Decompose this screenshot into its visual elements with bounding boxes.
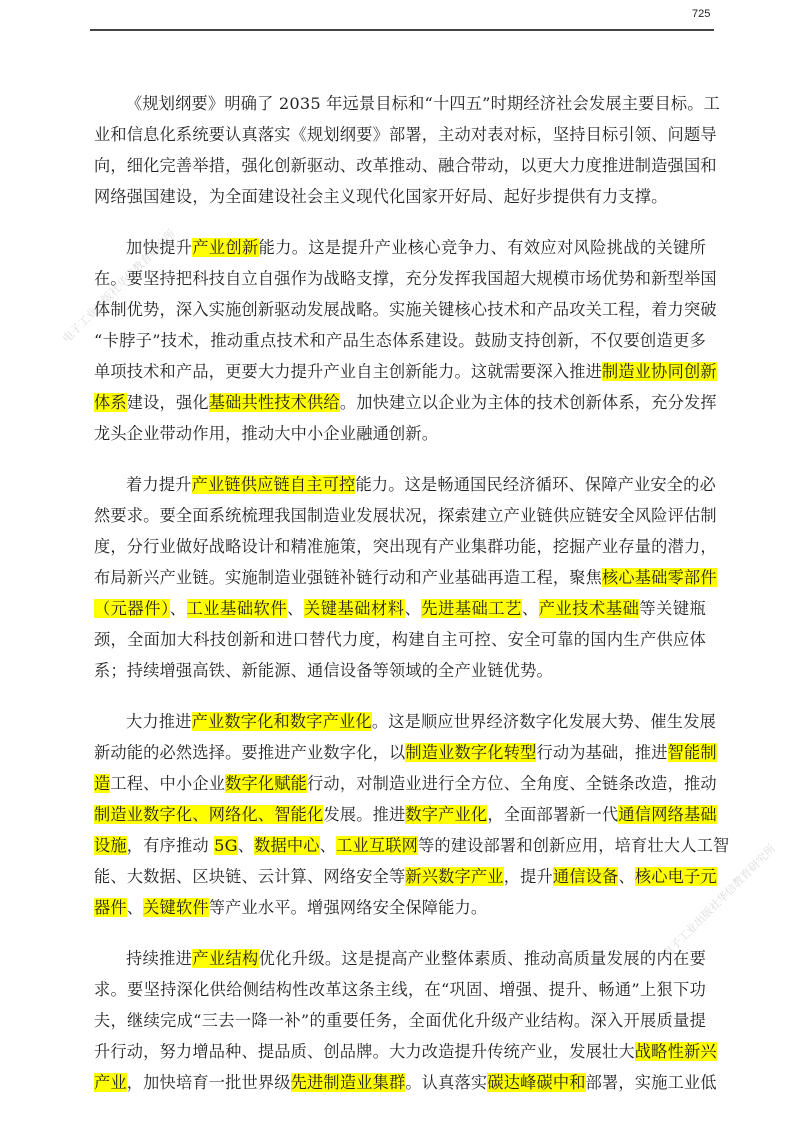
highlighted-term: 器件 bbox=[94, 898, 127, 917]
text-line: 制造业数字化、网络化、智能化发展。推进数字产业化，全面部署新一代通信网络基础 bbox=[94, 799, 706, 830]
text-run: 。认真落实 bbox=[405, 1073, 487, 1092]
text-run: 加快提升 bbox=[126, 238, 192, 257]
text-run: 布局新兴产业链。实施制造业强链补链行动和产业基础再造工程，聚焦 bbox=[94, 568, 602, 587]
text-run: 然要求。要全面系统梳理我国制造业发展状况，探索建立产业链供应链安全风险评估制 bbox=[94, 506, 717, 525]
highlighted-term: 智能制 bbox=[668, 743, 717, 762]
highlighted-term: 战略性新兴 bbox=[635, 1042, 717, 1061]
highlighted-term: 制造业数字化转型 bbox=[405, 743, 536, 762]
highlighted-term: 先进制造业集群 bbox=[291, 1073, 406, 1092]
text-run: 新动能的必然选择。要推进产业数字化，以 bbox=[94, 743, 405, 762]
text-run: 工程、中小企业 bbox=[110, 774, 225, 793]
text-line: 体系建设，强化基础共性技术供给。加快建立以企业为主体的技术创新体系，充分发挥 bbox=[94, 387, 706, 418]
text-line: 能、大数据、区块链、云计算、网络安全等新兴数字产业，提升通信设备、核心电子元 bbox=[94, 861, 706, 892]
text-run: 业和信息化系统要认真落实《规划纲要》部署，主动对表对标，坚持目标引领、问题导 bbox=[94, 125, 717, 144]
text-run: 着力提升 bbox=[126, 475, 192, 494]
text-run: 、 bbox=[287, 599, 304, 618]
highlighted-term: 关键软件 bbox=[143, 898, 209, 917]
text-line: 网络强国建设，为全面建设社会主义现代化国家开好局、起好步提供有力支撑。 bbox=[94, 181, 706, 212]
text-run: 。这是顺应世界经济数字化发展大势、催生发展 bbox=[372, 712, 716, 731]
highlighted-term: 通信设备 bbox=[553, 867, 619, 886]
text-line: 升行动，努力增品种、提品质、创品牌。大力改造提升传统产业，发展壮大战略性新兴 bbox=[94, 1036, 706, 1067]
highlighted-term: 产业 bbox=[94, 1073, 127, 1092]
text-run: 等的建设部署和创新应用，培育壮大人工智 bbox=[418, 836, 729, 855]
text-run: 行动为基础，推进 bbox=[536, 743, 667, 762]
text-run: 等产业水平。增强网络安全保障能力。 bbox=[209, 898, 488, 917]
text-run: 、 bbox=[170, 599, 187, 618]
text-run: 能力。这是畅通国民经济循环、保障产业安全的必 bbox=[355, 475, 716, 494]
highlighted-term: 核心电子元 bbox=[635, 867, 717, 886]
text-run: 系；持续增强高铁、新能源、通信设备等领域的全产业链优势。 bbox=[94, 661, 553, 680]
highlighted-term: 基础共性技术供给 bbox=[209, 393, 340, 412]
paragraph: 持续推进产业结构优化升级。这是提高产业整体素质、推动高质量发展的内在要求。要坚持… bbox=[94, 943, 706, 1098]
text-run: 优化升级。这是提高产业整体素质、推动高质量发展的内在要 bbox=[259, 949, 706, 968]
text-line: （元器件）、工业基础软件、关键基础材料、先进基础工艺、产业技术基础等关键瓶 bbox=[94, 593, 706, 624]
highlighted-term: 产业创新 bbox=[192, 238, 258, 257]
header-rule bbox=[90, 29, 714, 31]
text-line: 设施，有序推动 5G、数据中心、工业互联网等的建设部署和创新应用，培育壮大人工智 bbox=[94, 830, 706, 861]
highlighted-term: 产业技术基础 bbox=[539, 599, 640, 618]
highlighted-term: 关键基础材料 bbox=[304, 599, 405, 618]
text-run: 体制优势，深入实施创新驱动发展战略。实施关键核心技术和产品攻关工程，着力突破 bbox=[94, 300, 717, 319]
text-run: 能力。这是提升产业核心竞争力、有效应对风险挑战的关键所 bbox=[259, 238, 706, 257]
text-run: “卡脖子”技术，推动重点技术和产品生态体系建设。鼓励支持创新，不仅要创造更多 bbox=[94, 331, 706, 350]
text-run: 。加快建立以企业为主体的技术创新体系，充分发挥 bbox=[340, 393, 717, 412]
text-run: 夫，继续完成“三去一降一补”的重要任务，全面优化升级产业结构。深入开展质量提 bbox=[94, 1011, 706, 1030]
paragraph: 《规划纲要》明确了 2035 年远景目标和“十四五”时期经济社会发展主要目标。工… bbox=[94, 88, 706, 212]
text-run: 建设，强化 bbox=[127, 393, 209, 412]
highlighted-term: 制造业协同创新 bbox=[602, 362, 717, 381]
text-run: ，加快培育一批世界级 bbox=[127, 1073, 291, 1092]
text-run: 、 bbox=[127, 898, 143, 917]
text-run: 、 bbox=[320, 836, 336, 855]
highlighted-term: 产业结构 bbox=[192, 949, 258, 968]
highlighted-term: 产业数字化和数字产业化 bbox=[192, 712, 372, 731]
text-line: 造工程、中小企业数字化赋能行动，对制造业进行全方位、全角度、全链条改造，推动 bbox=[94, 768, 706, 799]
text-run: 行动，对制造业进行全方位、全角度、全链条改造，推动 bbox=[307, 774, 717, 793]
paragraph: 着力提升产业链供应链自主可控能力。这是畅通国民经济循环、保障产业安全的必然要求。… bbox=[94, 469, 706, 686]
text-line: 产业，加快培育一批世界级先进制造业集群。认真落实碳达峰碳中和部署，实施工业低 bbox=[94, 1067, 706, 1098]
text-run: ，全面部署新一代 bbox=[487, 805, 618, 824]
text-run: 颈，全面加大科技创新和进口替代力度，构建自主可控、安全可靠的国内生产供应体 bbox=[94, 630, 706, 649]
text-line: 布局新兴产业链。实施制造业强链补链行动和产业基础再造工程，聚焦核心基础零部件 bbox=[94, 562, 706, 593]
highlighted-term: 核心基础零部件 bbox=[602, 568, 717, 587]
text-run: 、 bbox=[522, 599, 539, 618]
text-run: 升行动，努力增品种、提品质、创品牌。大力改造提升传统产业，发展壮大 bbox=[94, 1042, 635, 1061]
text-run: 、 bbox=[618, 867, 634, 886]
highlighted-term: 数字化赋能 bbox=[225, 774, 307, 793]
text-line: 颈，全面加大科技创新和进口替代力度，构建自主可控、安全可靠的国内生产供应体 bbox=[94, 624, 706, 655]
text-line: 业和信息化系统要认真落实《规划纲要》部署，主动对表对标，坚持目标引领、问题导 bbox=[94, 119, 706, 150]
highlighted-term: 先进基础工艺 bbox=[421, 599, 522, 618]
text-run: 网络强国建设，为全面建设社会主义现代化国家开好局、起好步提供有力支撑。 bbox=[94, 187, 668, 206]
text-line: 新动能的必然选择。要推进产业数字化，以制造业数字化转型行动为基础，推进智能制 bbox=[94, 737, 706, 768]
text-line: 体制优势，深入实施创新驱动发展战略。实施关键核心技术和产品攻关工程，着力突破 bbox=[94, 294, 706, 325]
highlighted-term: 设施 bbox=[94, 836, 127, 855]
text-line: 夫，继续完成“三去一降一补”的重要任务，全面优化升级产业结构。深入开展质量提 bbox=[94, 1005, 706, 1036]
text-line: 持续推进产业结构优化升级。这是提高产业整体素质、推动高质量发展的内在要 bbox=[94, 943, 706, 974]
paragraph: 加快提升产业创新能力。这是提升产业核心竞争力、有效应对风险挑战的关键所在。要坚持… bbox=[94, 232, 706, 449]
document-body: 《规划纲要》明确了 2035 年远景目标和“十四五”时期经济社会发展主要目标。工… bbox=[94, 88, 706, 1118]
text-line: 器件、关键软件等产业水平。增强网络安全保障能力。 bbox=[94, 892, 706, 923]
text-line: 度，分行业做好战略设计和精准施策，突出现有产业集群功能，挖掘产业存量的潜力， bbox=[94, 531, 706, 562]
highlighted-term: 产业链供应链自主可控 bbox=[192, 475, 356, 494]
text-run: 求。要坚持深化供给侧结构性改革这条主线，在“巩固、增强、提升、畅通”上狠下功 bbox=[94, 980, 706, 999]
text-run: 大力推进 bbox=[126, 712, 192, 731]
text-line: 向，细化完善举措，强化创新驱动、改革推动、融合带动，以更大力度推进制造强国和 bbox=[94, 150, 706, 181]
highlighted-term: 5G bbox=[214, 836, 238, 855]
text-line: “卡脖子”技术，推动重点技术和产品生态体系建设。鼓励支持创新，不仅要创造更多 bbox=[94, 325, 706, 356]
highlighted-term: 通信网络基础 bbox=[618, 805, 716, 824]
text-run: 单项技术和产品，更要大力提升产业自主创新能力。这就需要深入推进 bbox=[94, 362, 602, 381]
text-line: 求。要坚持深化供给侧结构性改革这条主线，在“巩固、增强、提升、畅通”上狠下功 bbox=[94, 974, 706, 1005]
text-line: 在。要坚持把科技自立自强作为战略支撑，充分发挥我国超大规模市场优势和新型举国 bbox=[94, 263, 706, 294]
text-run: 持续推进 bbox=[126, 949, 192, 968]
highlighted-term: 工业互联网 bbox=[336, 836, 418, 855]
text-run: ，提升 bbox=[504, 867, 553, 886]
highlighted-term: （元器件） bbox=[94, 599, 170, 618]
highlighted-term: 新兴数字产业 bbox=[405, 867, 503, 886]
highlighted-term: 数字产业化 bbox=[405, 805, 487, 824]
text-line: 着力提升产业链供应链自主可控能力。这是畅通国民经济循环、保障产业安全的必 bbox=[94, 469, 706, 500]
text-line: 系；持续增强高铁、新能源、通信设备等领域的全产业链优势。 bbox=[94, 655, 706, 686]
text-line: 单项技术和产品，更要大力提升产业自主创新能力。这就需要深入推进制造业协同创新 bbox=[94, 356, 706, 387]
highlighted-term: 工业基础软件 bbox=[187, 599, 288, 618]
highlighted-term: 体系 bbox=[94, 393, 127, 412]
text-line: 龙头企业带动作用，推动大中小企业融通创新。 bbox=[94, 418, 706, 449]
text-run: 发展。推进 bbox=[323, 805, 405, 824]
text-run: ，有序推动 bbox=[127, 836, 214, 855]
text-run: 在。要坚持把科技自立自强作为战略支撑，充分发挥我国超大规模市场优势和新型举国 bbox=[94, 269, 717, 288]
text-run: 龙头企业带动作用，推动大中小企业融通创新。 bbox=[94, 424, 438, 443]
highlighted-term: 数据中心 bbox=[254, 836, 320, 855]
text-run: 、 bbox=[405, 599, 422, 618]
highlighted-term: 造 bbox=[94, 774, 110, 793]
text-line: 《规划纲要》明确了 2035 年远景目标和“十四五”时期经济社会发展主要目标。工 bbox=[94, 88, 706, 119]
text-run: 、 bbox=[238, 836, 254, 855]
text-line: 加快提升产业创新能力。这是提升产业核心竞争力、有效应对风险挑战的关键所 bbox=[94, 232, 706, 263]
text-run: 《规划纲要》明确了 2035 年远景目标和“十四五”时期经济社会发展主要目标。工 bbox=[126, 94, 720, 113]
text-run: 等关键瓶 bbox=[639, 599, 706, 618]
paragraph: 大力推进产业数字化和数字产业化。这是顺应世界经济数字化发展大势、催生发展新动能的… bbox=[94, 706, 706, 923]
text-run: 度，分行业做好战略设计和精准施策，突出现有产业集群功能，挖掘产业存量的潜力， bbox=[94, 537, 717, 556]
page-number: 725 bbox=[692, 8, 710, 20]
text-run: 部署，实施工业低 bbox=[586, 1073, 717, 1092]
text-run: 向，细化完善举措，强化创新驱动、改革推动、融合带动，以更大力度推进制造强国和 bbox=[94, 156, 717, 175]
highlighted-term: 制造业数字化、网络化、智能化 bbox=[94, 805, 323, 824]
text-line: 然要求。要全面系统梳理我国制造业发展状况，探索建立产业链供应链安全风险评估制 bbox=[94, 500, 706, 531]
highlighted-term: 碳达峰碳中和 bbox=[487, 1073, 585, 1092]
text-line: 大力推进产业数字化和数字产业化。这是顺应世界经济数字化发展大势、催生发展 bbox=[94, 706, 706, 737]
text-run: 能、大数据、区块链、云计算、网络安全等 bbox=[94, 867, 405, 886]
